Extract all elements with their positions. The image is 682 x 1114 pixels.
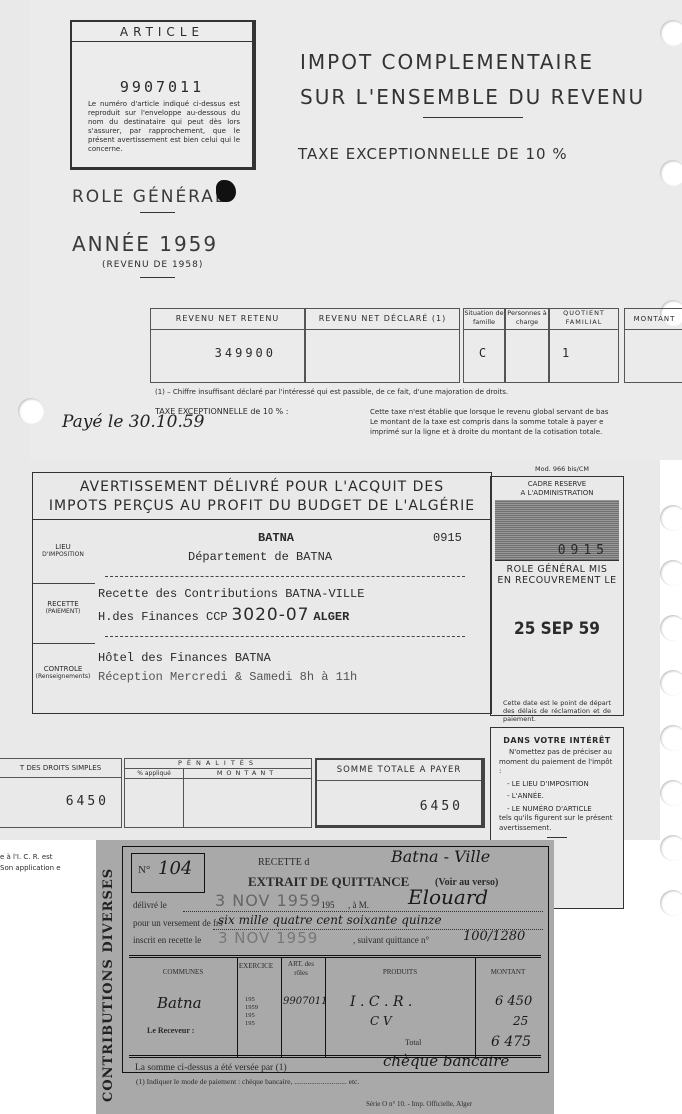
revenu-year: (REVENU DE 1958): [102, 260, 203, 270]
binder-hole: [660, 780, 682, 806]
article-note: Le numéro d'article indiqué ci-dessus es…: [72, 96, 252, 154]
delivre-date-stamp: 3 NOV 1959: [215, 891, 321, 910]
lieu-department: Département de BATNA: [188, 550, 332, 564]
interet-text: N'omettez pas de préciser au moment du p…: [491, 745, 623, 845]
ink-blot: [216, 180, 236, 202]
divider: [105, 576, 465, 577]
left-note: e à l'I. C. R. est Son application e: [0, 852, 61, 874]
situation-value: C: [464, 330, 504, 360]
handwritten-paid-note: Payé le 30.10.59: [62, 412, 204, 432]
binder-hole: [660, 560, 682, 586]
cell-droits-simples: T DES DROITS SIMPLES 6450: [0, 758, 122, 828]
cell-penalites: PÉNALITÉS % appliqué MONTANT: [124, 758, 312, 828]
controle-line1: Hôtel des Finances BATNA: [98, 651, 271, 665]
lieu-code: 0915: [433, 531, 462, 545]
cell-revenu-retenu: REVENU NET RETENU 349900: [150, 308, 305, 383]
binder-hole: [660, 20, 682, 46]
cell-montant: MONTANT: [624, 308, 682, 383]
title-line2: SUR L'ENSEMBLE DU REVENU: [300, 80, 645, 115]
versement-amount-words: six mille quatre cent soixante quinze: [218, 913, 442, 927]
lieu-city: BATNA: [258, 531, 294, 545]
binder-hole: [18, 398, 44, 424]
title-line1: IMPOT COMPLEMENTAIRE: [300, 45, 645, 80]
controle-line2: Réception Mercredi & Samedi 8h à 11h: [98, 670, 357, 684]
admin-reserved-box: CADRE RESERVE A L'ADMINISTRATION 0915 RO…: [490, 476, 624, 716]
total-value: 6450: [317, 781, 481, 814]
avertissement-title: AVERTISSEMENT DÉLIVRÉ POUR L'ACQUIT DES …: [33, 473, 491, 520]
avertissement-box: AVERTISSEMENT DÉLIVRÉ POUR L'ACQUIT DES …: [32, 472, 492, 714]
divider: [105, 636, 465, 637]
col-exercice: EXERCICE 195 1959 195 195: [237, 958, 282, 1058]
divider: [33, 643, 95, 644]
quotient-value: 1: [550, 330, 618, 360]
admin-note: Cette date est le point de départ des dé…: [491, 699, 623, 723]
interet-title: DANS VOTRE INTÉRÊT: [491, 736, 623, 745]
printer-info: Série O n° 10. - Imp. Officielle, Alger: [366, 1100, 472, 1108]
divider: [547, 837, 567, 838]
binder-hole: [660, 160, 682, 186]
model-number: Mod. 966 bis/CM: [535, 465, 589, 473]
divider: [423, 117, 523, 118]
cell-quotient: QUOTIENT FAMILIAL 1: [549, 308, 619, 383]
divider: [33, 583, 95, 584]
cadre-reserve: CADRE RESERVE A L'ADMINISTRATION: [491, 477, 623, 498]
binder-hole: [660, 670, 682, 696]
article-number: 9907011: [72, 78, 252, 96]
payment-method: chèque bancaire: [383, 1052, 509, 1070]
binder-hole: [660, 725, 682, 751]
recette-label: RECETTE (PAIEMENT): [33, 600, 93, 615]
article-value: 9907011: [283, 996, 328, 1007]
inscrit-date-stamp: 3 NOV 1959: [218, 929, 318, 947]
payer-name: Elouard: [408, 885, 488, 909]
article-title: ARTICLE: [72, 22, 252, 42]
receipt-extrait-quittance: CONTRIBUTIONS DIVERSES N° 104 RECETTE d …: [96, 840, 554, 1114]
side-text: CONTRIBUTIONS DIVERSES: [101, 860, 119, 1110]
role-general: ROLE GÉNÉRAL: [72, 187, 226, 207]
receipt-number: 104: [158, 858, 192, 879]
divider: [140, 277, 175, 278]
binder-hole: [660, 505, 682, 531]
droits-table: T DES DROITS SIMPLES 6450 PÉNALITÉS % ap…: [0, 758, 490, 828]
quittance-number: 100/1280: [463, 929, 525, 944]
role-mis-label: ROLE GÉNÉRAL MIS EN RECOUVREMENT LE: [491, 564, 623, 586]
lieu-label: LIEU D'IMPOSITION: [33, 543, 93, 558]
col-article: ART. des rôles 9907011: [281, 958, 326, 1058]
commune-value: Batna: [157, 994, 202, 1012]
admin-grid-area: 0915: [495, 500, 619, 561]
taxe-subtitle: TAXE EXCEPTIONNELLE DE 10 %: [298, 145, 568, 163]
main-title: IMPOT COMPLEMENTAIRE SUR L'ENSEMBLE DU R…: [300, 45, 645, 115]
recette-line2: H.des Finances CCP 3020-07 ALGER: [98, 605, 349, 625]
cell-somme-totale: SOMME TOTALE A PAYER 6450: [315, 758, 485, 828]
cell-situation: Situation de famille C: [463, 308, 505, 383]
col-produits: PRODUITS I . C . R . C V Total: [325, 958, 476, 1058]
col-montant: MONTANT 6 450 25 6 475: [475, 958, 541, 1058]
receipt-frame: N° 104 RECETTE d Batna - Ville EXTRAIT D…: [122, 846, 549, 1073]
cell-personnes: Personnes à charge: [505, 308, 549, 383]
annee: ANNÉE 1959: [72, 232, 218, 256]
cell-revenu-declare: REVENU NET DÉCLARÉ (1): [305, 308, 460, 383]
recouvrement-date: 25 SEP 59: [491, 619, 623, 639]
recette-value: Batna - Ville: [391, 847, 490, 866]
footnote: (1) Indiquer le mode de paiement : chèqu…: [136, 1077, 359, 1086]
recette-line1: Recette des Contributions BATNA-VILLE: [98, 587, 364, 601]
binder-hole: [660, 615, 682, 641]
article-box: ARTICLE 9907011 Le numéro d'article indi…: [70, 20, 256, 170]
divider: [140, 212, 175, 213]
note-chiffre-insuffisant: (1) – Chiffre insuffisant déclaré par l'…: [155, 388, 508, 396]
receipt-table: COMMUNES Batna Le Receveur : EXERCICE 19…: [129, 955, 541, 1058]
controle-label: CONTROLE (Renseignements): [33, 665, 93, 680]
revenue-table: REVENU NET RETENU 349900 REVENU NET DÉCL…: [150, 308, 682, 383]
binder-hole: [660, 890, 682, 916]
receipt-number-box: N° 104: [131, 853, 205, 893]
droits-value: 6450: [0, 778, 121, 809]
revenu-retenu-value: 349900: [151, 330, 304, 360]
receipt-title: EXTRAIT DE QUITTANCE: [248, 874, 409, 890]
ccp-number: 3020-07: [231, 605, 309, 625]
taxe-text: Cette taxe n'est établie que lorsque le …: [370, 407, 608, 437]
col-communes: COMMUNES Batna Le Receveur :: [129, 958, 238, 1058]
admin-code: 0915: [558, 543, 609, 558]
binder-hole: [660, 835, 682, 861]
